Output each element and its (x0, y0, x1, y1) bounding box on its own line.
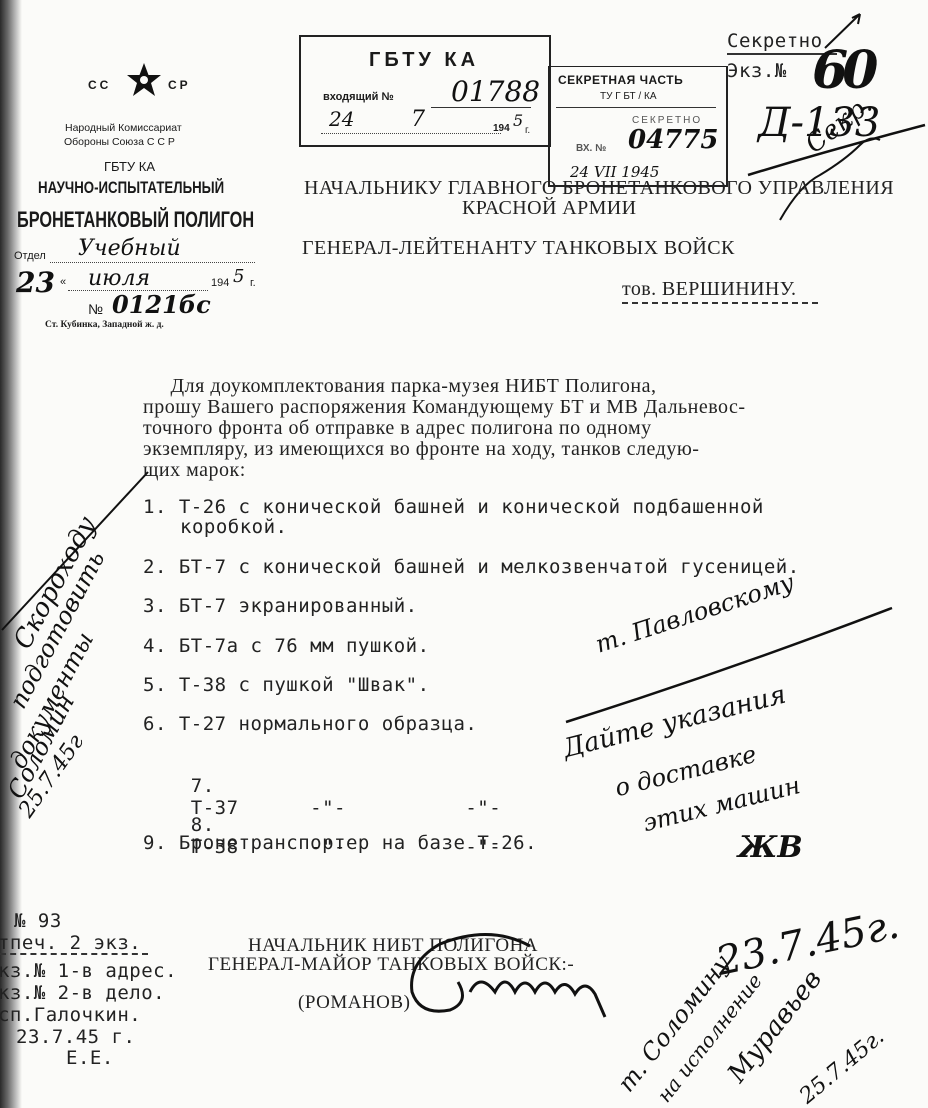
list-item: 1. Т-26 с конической башней и конической… (143, 496, 764, 518)
secret-stamp-divider (556, 107, 716, 108)
incoming-stamp-label: входящий № (323, 91, 394, 103)
secret-stamp-vkh-number: 04775 (628, 125, 718, 155)
incoming-date-line (321, 133, 501, 134)
footer-line-6: 23.7.45 г. (16, 1026, 135, 1048)
copy-label: Экз.№ (727, 60, 787, 82)
date-suffix: г. (250, 277, 256, 289)
incoming-number: 01788 (451, 75, 540, 108)
incoming-day: 24 (329, 107, 354, 131)
country-abbr-left: СС (88, 78, 111, 92)
footer-line-3: Экз.№ 1-в адрес. (0, 960, 177, 982)
list-item: 9. Бронетранспортер на базе Т-26. (143, 832, 537, 854)
date-year-hand: 5 (233, 266, 244, 287)
list-item-text: БТ-7 с конической башней и мелкозвенчато… (179, 556, 800, 578)
footer-line-5: Исп.Галочкин. (0, 1004, 141, 1026)
paragraph-line-2: прошу Вашего распоряжения Командующему Б… (143, 397, 746, 418)
secret-dept-stamp: СЕКРЕТНАЯ ЧАСТЬ ТУ Г БТ / КА СЕКРЕТНО ВХ… (548, 66, 728, 187)
list-item-text: Бронетранспортер на базе Т-26. (179, 832, 537, 854)
dept-name: ГБТУ КА (104, 159, 155, 174)
incoming-stamp: ГБТУ КА входящий № 01788 24 7 194 5 г. (299, 35, 551, 147)
list-item: 5. Т-38 с пушкой "Швак". (143, 674, 430, 696)
otdel-value: Учебный (78, 236, 181, 261)
paragraph-line-3: точного фронта об отправке в адрес полиг… (143, 418, 652, 439)
letterhead-address: Ст. Кубинка, Западной ж. д. (45, 320, 164, 330)
secret-stamp-vkh-label: ВХ. № (576, 143, 606, 154)
list-item-text: БТ-7 экранированный. (179, 595, 418, 617)
secret-stamp-subtitle: ТУ Г БТ / КА (600, 91, 656, 102)
addressee-underline (622, 302, 818, 304)
otdel-label: Отдел (14, 250, 46, 262)
incoming-stamp-title: ГБТУ КА (369, 49, 479, 72)
date-year-prefix: 194 (211, 277, 229, 289)
incoming-year-suffix: г. (525, 125, 530, 136)
star-emblem-icon (126, 62, 162, 98)
addressee-line-3: ГЕНЕРАЛ-ЛЕЙТЕНАНТУ ТАНКОВЫХ ВОЙСК (302, 237, 735, 260)
right-note-initials: ЖВ (738, 830, 803, 865)
signature-name: (РОМАНОВ) (298, 992, 410, 1014)
footer-line-1: № 93 (14, 910, 62, 932)
list-item-number: 9. (143, 832, 167, 854)
ministry-line-2: Обороны Союза С С Р (64, 136, 175, 148)
list-item-text: БТ-7а с 76 мм пушкой. (179, 635, 430, 657)
incoming-year-prefix: 194 (493, 123, 510, 134)
institute-line-1: НАУЧНО-ИСПЫТАТЕЛЬНЫЙ (38, 178, 224, 198)
footer-line-7: Е.Е. (66, 1047, 114, 1069)
country-abbr-right: СР (168, 78, 191, 92)
otdel-line (50, 262, 255, 263)
list-item: 6. Т-27 нормального образца. (143, 713, 477, 735)
paragraph-line-1: Для доукомплектования парка-музея НИБТ П… (143, 376, 657, 397)
footer-underline (0, 953, 148, 955)
bottom-right-sign-date: 25.7.45г. (795, 1024, 889, 1108)
list-item-text: Т-27 нормального образца. (179, 713, 477, 735)
arrow-mark-icon (820, 10, 870, 50)
addressee-line-2: КРАСНОЙ АРМИИ (462, 197, 636, 220)
list-item-number: 5. (143, 674, 167, 696)
list-item-continuation: коробкой. (180, 516, 287, 538)
date-day: 23 (16, 266, 55, 299)
footer-line-2: Отпеч. 2 экз. (0, 932, 141, 954)
incoming-month: 7 (411, 107, 425, 132)
ministry-line-1: Народный Комиссариат (65, 122, 182, 134)
outgoing-number-label: № (88, 301, 103, 317)
list-item-text: Т-26 с конической башней и конической по… (179, 496, 764, 518)
list-item: 3. БТ-7 экранированный. (143, 595, 418, 617)
paragraph-line-5: щих марок: (143, 460, 246, 481)
addressee-line-4: тов. ВЕРШИНИНУ. (622, 278, 796, 301)
list-item: 2. БТ-7 с конической башней и мелкозвенч… (143, 556, 800, 578)
classification-secret: Секретно (727, 30, 823, 52)
footer-line-4: Экз.№ 2-в дело. (0, 982, 165, 1004)
secret-stamp-title: СЕКРЕТНАЯ ЧАСТЬ (558, 73, 683, 87)
list-item: 4. БТ-7а с 76 мм пушкой. (143, 635, 430, 657)
signature-scribble (400, 922, 620, 1022)
institute-line-2: БРОНЕТАНКОВЫЙ ПОЛИГОН (17, 207, 254, 233)
list-item-number: 6. (143, 713, 167, 735)
outgoing-number-value: 0121бс (112, 290, 211, 319)
date-month: июля (88, 266, 150, 291)
paragraph-line-4: экземпляру, из имеющихся во фронте на хо… (143, 439, 699, 460)
date-quote: « (60, 276, 66, 288)
incoming-year-hand: 5 (513, 111, 523, 130)
list-item-text: Т-38 с пушкой "Швак". (179, 674, 430, 696)
